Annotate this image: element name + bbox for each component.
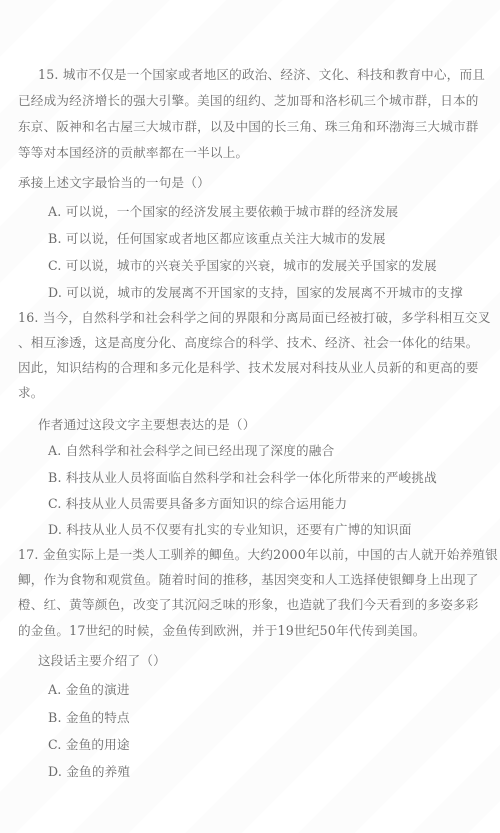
option-c: C. 科技从业人员需要具备多方面知识的综合运用能力 [48,495,347,512]
option-b: B. 可以说，任何国家或者地区都应该重点关注大城市的发展 [48,230,386,247]
passage-line: 17. 金鱼实际上是一类人工驯养的鲫鱼。大约2000年以前，中国的古人就开始养殖… [18,546,498,563]
passage-line: 求。 [18,384,44,401]
question-prompt: 这段话主要介绍了（） [38,652,166,669]
question-prompt: 承接上述文字最恰当的一句是（） [18,174,210,191]
passage-line: 橙、红、黄等颜色，改变了其沉闷乏味的形象，也造就了我们今天看到的多姿多彩 [18,596,479,613]
passage-line: 、相互渗透，这是高度分化、高度综合的科学、技术、经济、社会一体化的结果。 [18,334,479,351]
option-a: A. 金鱼的演进 [48,681,130,698]
passage-line: 等等对本国经济的贡献率都在一半以上。 [18,144,248,161]
option-d: D. 可以说，城市的发展离不开国家的支持，国家的发展离不开城市的支撑 [48,284,463,301]
question-prompt: 作者通过这段文字主要想表达的是（） [38,416,256,433]
option-c: C. 可以说，城市的兴衰关乎国家的兴衰，城市的发展关乎国家的发展 [48,257,437,274]
option-a: A. 自然科学和社会科学之间已经出现了深度的融合 [48,442,334,459]
passage-line: 鲫，作为食物和观赏鱼。随着时间的推移，基因突变和人工选择使银鲫身上出现了 [18,571,479,588]
passage-line: 15. 城市不仅是一个国家或者地区的政治、经济、文化、科技和教育中心，而且 [38,66,485,83]
passage-line: 的金鱼。17世纪的时候，金鱼传到欧洲，并于19世纪50年代传到美国。 [18,622,426,639]
option-d: D. 科技从业人员不仅要有扎实的专业知识，还要有广博的知识面 [48,521,412,538]
passage-line: 16. 当今，自然科学和社会科学之间的界限和分离局面已经被打破，多学科相互交叉 [18,309,491,326]
passage-line: 因此，知识结构的合理和多元化是科学、技术发展对科技从业人员新的和更高的要 [18,359,479,376]
option-d: D. 金鱼的养殖 [48,763,130,780]
passage-line: 东京、阪神和名古屋三大城市群，以及中国的长三角、珠三角和环渤海三大城市群 [18,118,479,135]
option-b: B. 金鱼的特点 [48,709,130,726]
option-a: A. 可以说，一个国家的经济发展主要依赖于城市群的经济发展 [48,203,398,220]
option-c: C. 金鱼的用途 [48,736,130,753]
passage-line: 已经成为经济增长的强大引擎。美国的纽约、芝加哥和洛杉矶三个城市群，日本的 [18,92,479,109]
option-b: B. 科技从业人员将面临自然科学和社会科学一体化所带来的严峻挑战 [48,469,437,486]
